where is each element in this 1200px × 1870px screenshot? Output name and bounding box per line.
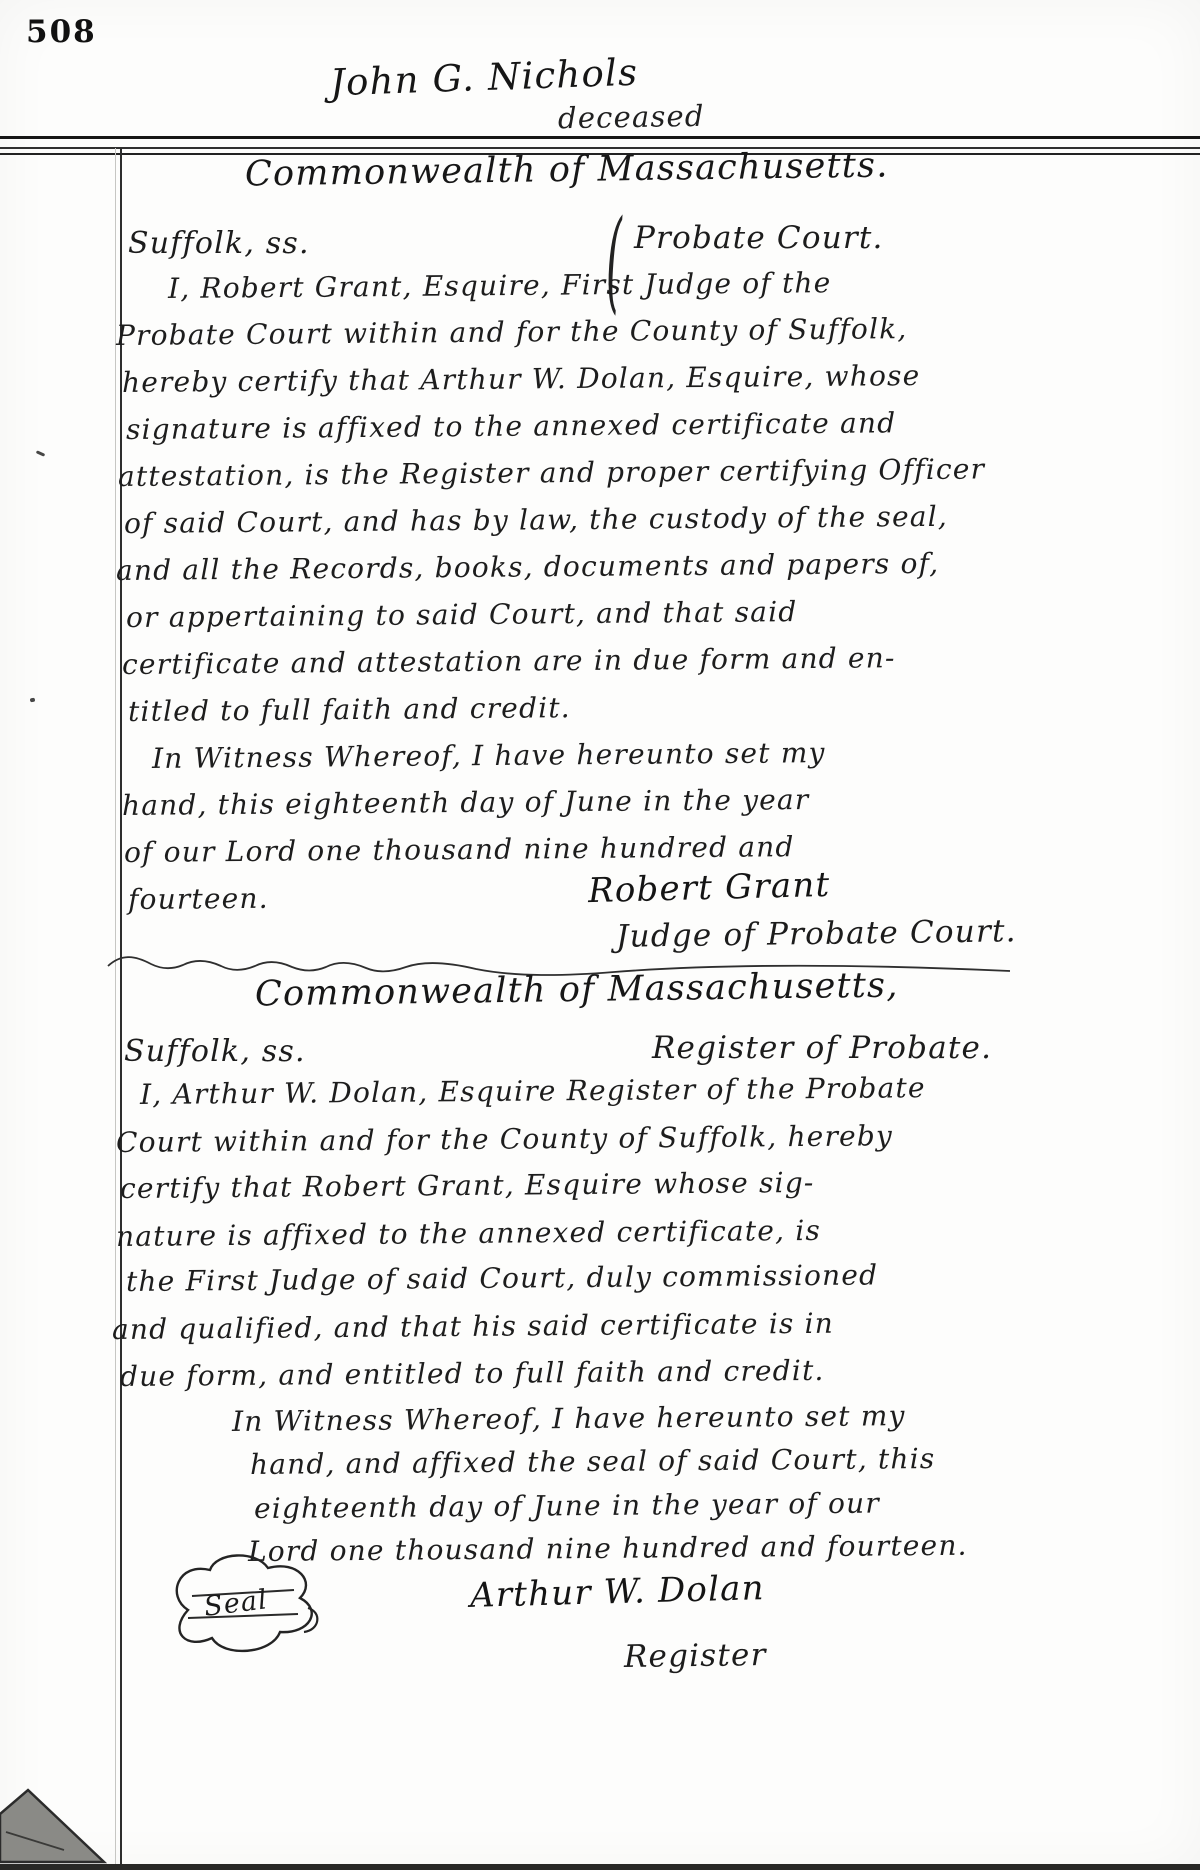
body-line: Lord one thousand nine hundred and fourt… (248, 1529, 968, 1568)
cert2-heading: Commonwealth of Massachusetts, (255, 966, 899, 1015)
body-line: hereby certify that Arthur W. Dolan, Esq… (122, 359, 921, 399)
scanned-probate-record-page: 508 John G. Nichols deceased Commonwealt… (0, 0, 1200, 1870)
body-line: and all the Records, books, documents an… (116, 547, 940, 587)
body-line: I, Robert Grant, Esquire, First Judge of… (168, 266, 832, 305)
body-line: of said Court, and has by law, the custo… (124, 500, 948, 540)
signature-robert-grant: Robert Grant (588, 865, 831, 911)
body-line: eighteenth day of June in the year of ou… (254, 1487, 880, 1525)
body-line: of our Lord one thousand nine hundred an… (124, 830, 795, 869)
body-line: the First Judge of said Court, duly comm… (126, 1258, 879, 1298)
cert2-court-label: Register of Probate. (652, 1030, 992, 1066)
body-line: fourteen. (128, 882, 269, 916)
body-line: I, Arthur W. Dolan, Esquire Register of … (140, 1071, 926, 1111)
body-line: certify that Robert Grant, Esquire whose… (120, 1166, 815, 1205)
margin-rule (120, 148, 122, 1864)
corner-fold-mark (0, 1788, 110, 1868)
cert1-heading: Commonwealth of Massachusetts. (245, 146, 889, 195)
signature-title-register: Register (624, 1637, 767, 1675)
body-line: attestation, is the Register and proper … (118, 452, 985, 493)
body-line: or appertaining to said Court, and that … (126, 595, 798, 634)
ink-speck (30, 698, 36, 703)
top-double-rule (0, 136, 1200, 149)
witness-clause-line: In Witness Whereof, I have hereunto set … (152, 736, 826, 775)
body-line: due form, and entitled to full faith and… (120, 1354, 825, 1393)
body-line: hand, and affixed the seal of said Court… (250, 1442, 936, 1481)
witness-clause-line: In Witness Whereof, I have hereunto set … (232, 1399, 906, 1438)
signature-arthur-dolan: Arthur W. Dolan (470, 1568, 766, 1616)
body-line: titled to full faith and credit. (128, 691, 571, 728)
scan-edge-shadow (0, 1864, 1200, 1870)
venue-brace-flourish: ( (606, 196, 622, 325)
cert1-court-label: Probate Court. (634, 220, 884, 256)
body-line: Court within and for the County of Suffo… (116, 1119, 893, 1159)
decedent-status: deceased (558, 99, 705, 136)
page-number: 508 (26, 14, 97, 50)
ink-speck (36, 450, 45, 456)
body-line: nature is affixed to the annexed certifi… (116, 1214, 821, 1253)
decedent-name-header: John G. Nichols (329, 51, 638, 105)
body-line: hand, this eighteenth day of June in the… (122, 783, 810, 822)
cert2-venue: Suffolk, ss. (124, 1034, 306, 1069)
signature-title-judge: Judge of Probate Court. (616, 913, 1017, 955)
margin-rule-ghost (115, 148, 116, 1864)
cert1-venue: Suffolk, ss. (128, 226, 310, 261)
body-line: certificate and attestation are in due f… (122, 641, 896, 681)
body-line: and qualified, and that his said certifi… (112, 1307, 834, 1346)
body-line: Probate Court within and for the County … (116, 312, 908, 352)
body-line: signature is affixed to the annexed cert… (126, 406, 897, 446)
